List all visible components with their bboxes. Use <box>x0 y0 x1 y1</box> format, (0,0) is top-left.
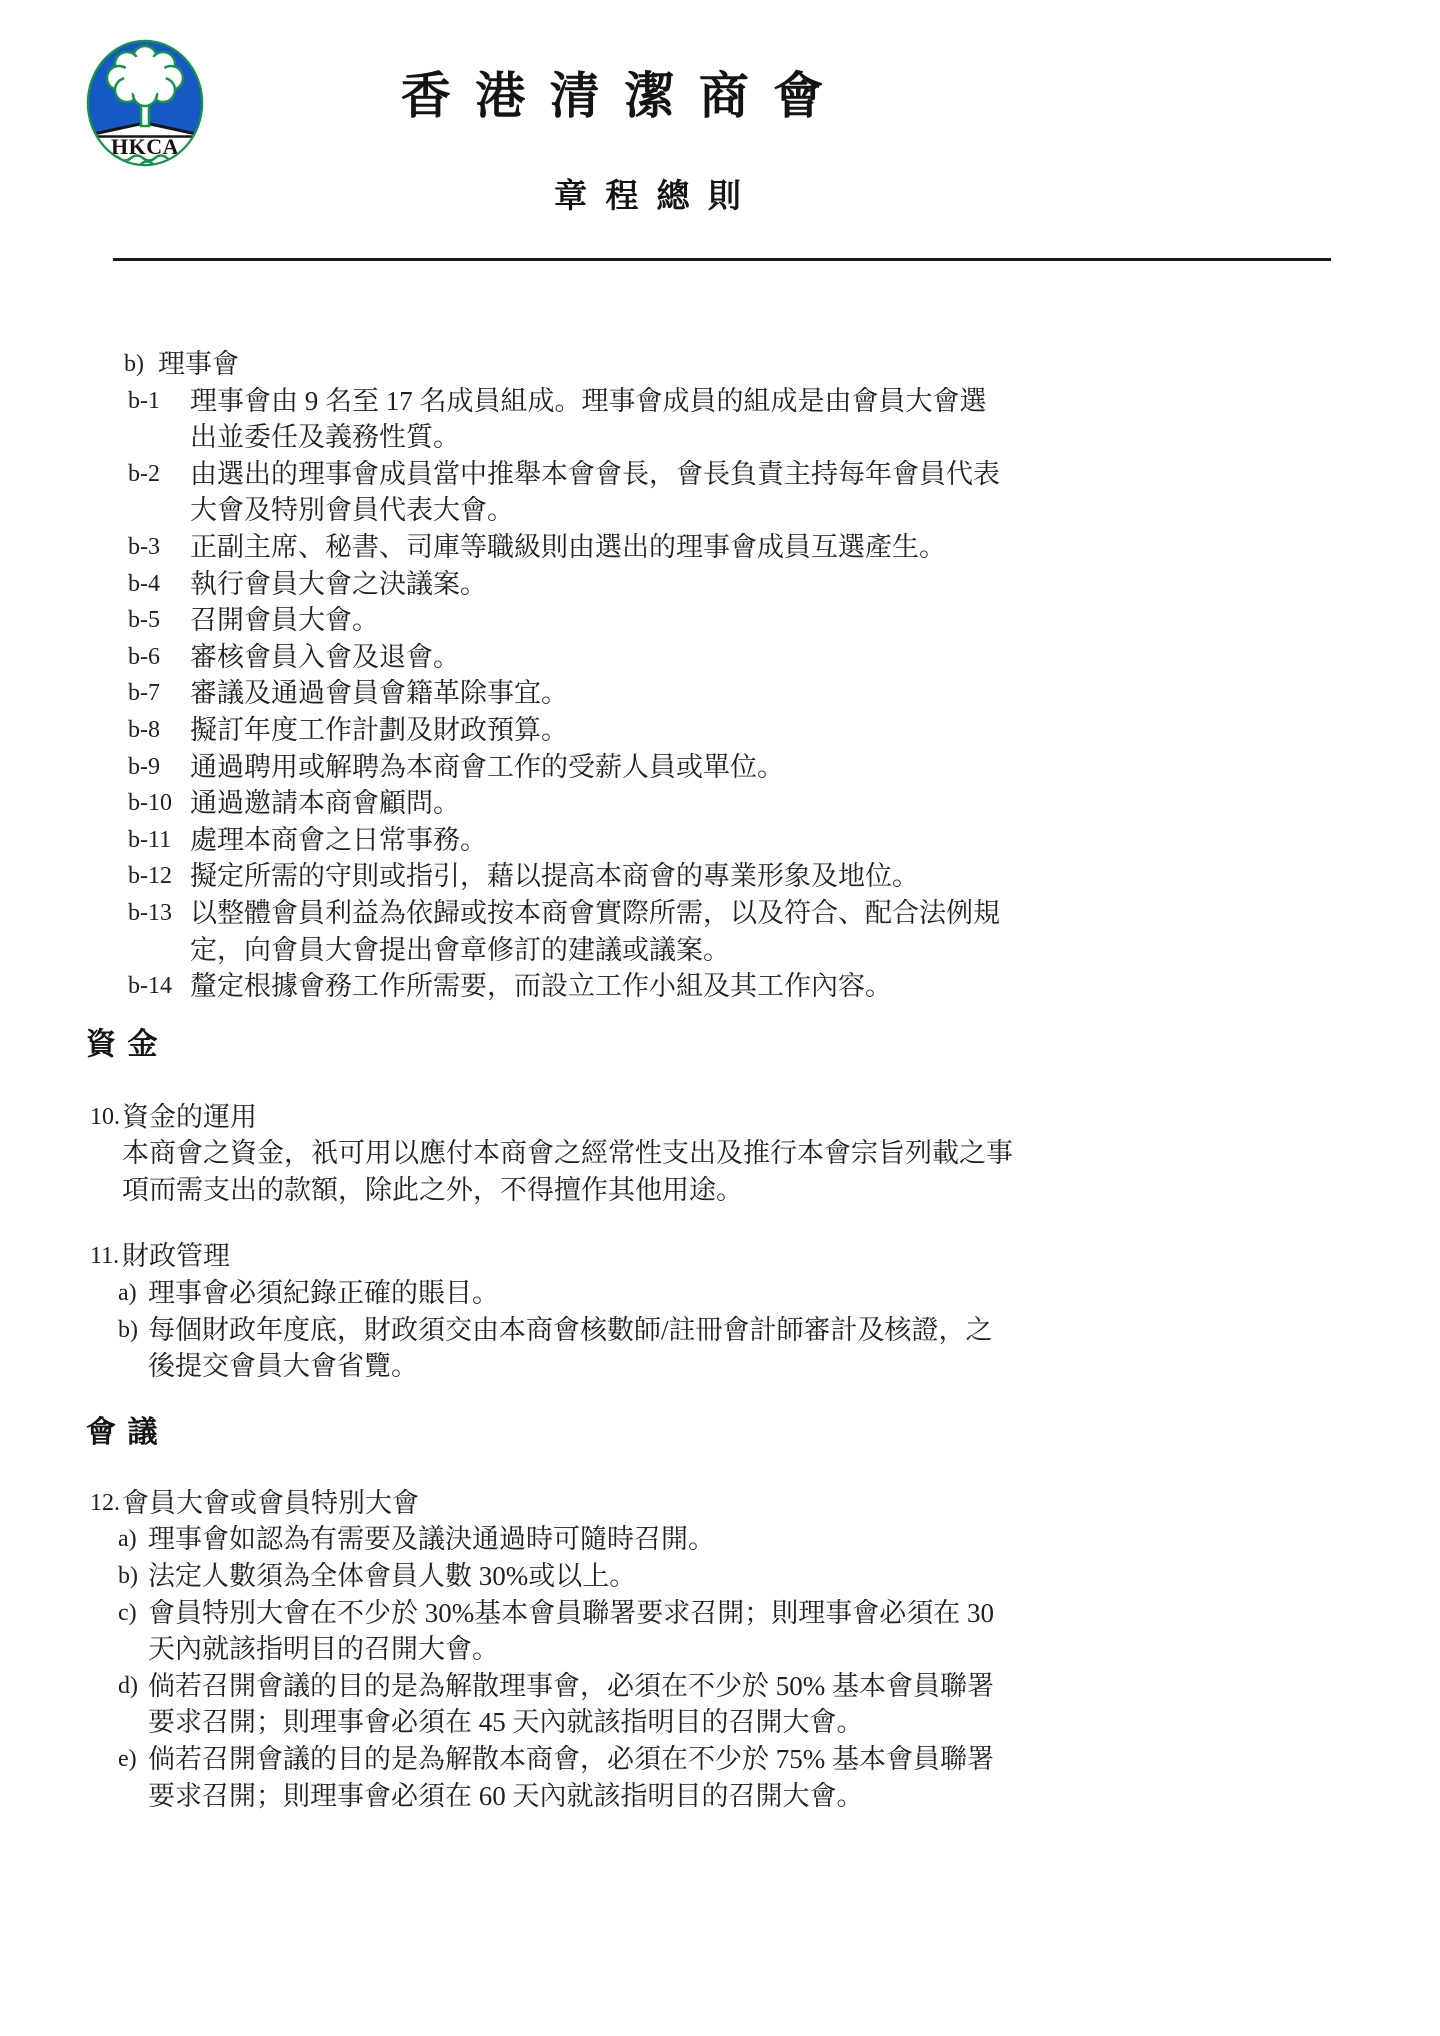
board-item-label: b-5 <box>128 602 188 639</box>
clause-number: 11. <box>90 1238 119 1275</box>
document-page: HKCA 香 港 清 潔 商 會 章 程 總 則 b) 理事會 b-1 理事會由… <box>0 0 1440 2036</box>
board-item-text: 由選出的理事會成員當中推舉本會會長，會長負責主持每年會員代表 大會及特別會員代表… <box>190 459 1000 526</box>
clause-12-subitem: c) 會員特別大會在不少於 30%基本會員聯署要求召開；則理事會必須在 30 天… <box>0 1595 1228 1668</box>
board-item: b-1 理事會由 9 名至 17 名成員組成。理事會成員的組成是由會員大會選 出… <box>0 383 1260 456</box>
subitem-label: c) <box>118 1595 137 1632</box>
board-item: b-7 審議及通過會員會籍革除事宜。 <box>0 675 1260 712</box>
subitem-text: 法定人數須為全体會員人數 30%或以上。 <box>148 1561 636 1591</box>
subitem-label: d) <box>118 1668 138 1705</box>
doc-title: 章 程 總 則 <box>0 170 1300 217</box>
board-item: b-4 執行會員大會之決議案。 <box>0 566 1260 603</box>
board-item: b-14 釐定根據會務工作所需要，而設立工作小組及其工作內容。 <box>0 968 1260 1005</box>
board-item: b-12 擬定所需的守則或指引，藉以提高本商會的專業形象及地位。 <box>0 858 1260 895</box>
board-item-label: b-8 <box>128 712 188 749</box>
board-item-label: b-9 <box>128 749 188 786</box>
board-item-text: 處理本商會之日常事務。 <box>190 825 487 855</box>
board-item-label: b-2 <box>128 456 188 493</box>
board-item: b-2 由選出的理事會成員當中推舉本會會長，會長負責主持每年會員代表 大會及特別… <box>0 456 1260 529</box>
subitem-label: e) <box>118 1741 137 1778</box>
subitem-label: b) <box>118 1558 138 1595</box>
board-item-text: 執行會員大會之決議案。 <box>190 569 487 599</box>
board-item: b-9 通過聘用或解聘為本商會工作的受薪人員或單位。 <box>0 749 1260 786</box>
subitem-text: 理事會如認為有需要及議決通過時可隨時召開。 <box>148 1524 715 1554</box>
board-item-text: 通過聘用或解聘為本商會工作的受薪人員或單位。 <box>190 752 784 782</box>
clause-11-subitem: b) 每個財政年度底，財政須交由本商會核數師/註冊會計師審計及核證，之 後提交會… <box>0 1312 1228 1385</box>
board-item-text: 正副主席、秘書、司庫等職級則由選出的理事會成員互選產生。 <box>190 532 946 562</box>
board-item-text: 擬訂年度工作計劃及財政預算。 <box>190 715 568 745</box>
section-heading-meetings: 會 議 <box>86 1413 1440 1453</box>
clause-number: 12. <box>90 1485 120 1522</box>
subitem-text: 倘若召開會議的目的是為解散本商會，必須在不少於 75% 基本會員聯署 要求召開；… <box>148 1744 994 1811</box>
board-item-label: b-3 <box>128 529 188 566</box>
subitem-label: b) <box>118 1312 138 1349</box>
clause-11: 11. 財政管理 <box>0 1238 1212 1275</box>
board-item: b-5 召開會員大會。 <box>0 602 1260 639</box>
logo-acronym: HKCA <box>111 134 179 159</box>
subitem-label: a) <box>118 1275 137 1312</box>
subitem-label: a) <box>118 1521 137 1558</box>
clause-12-subitem: d) 倘若召開會議的目的是為解散理事會，必須在不少於 50% 基本會員聯署 要求… <box>0 1668 1228 1741</box>
board-item: b-6 審核會員入會及退會。 <box>0 639 1260 676</box>
board-intro: b) 理事會 <box>0 346 1440 383</box>
board-item-text: 通過邀請本商會顧問。 <box>190 788 460 818</box>
board-intro-label: b) <box>124 346 144 383</box>
header-rule <box>113 258 1331 261</box>
board-item-text: 以整體會員利益為依歸或按本商會實際所需，以及符合、配合法例規 定，向會員大會提出… <box>190 898 1000 965</box>
clause-12-subitem: e) 倘若召開會議的目的是為解散本商會，必須在不少於 75% 基本會員聯署 要求… <box>0 1741 1228 1814</box>
clause-title: 會員大會或會員特別大會 <box>122 1485 1212 1522</box>
board-item-text: 召開會員大會。 <box>190 605 379 635</box>
board-item: b-13 以整體會員利益為依歸或按本商會實際所需，以及符合、配合法例規 定，向會… <box>0 895 1260 968</box>
board-item-text: 審議及通過會員會籍革除事宜。 <box>190 678 568 708</box>
org-name: 香 港 清 潔 商 會 <box>0 56 1230 128</box>
subitem-text: 每個財政年度底，財政須交由本商會核數師/註冊會計師審計及核證，之 後提交會員大會… <box>148 1315 993 1382</box>
board-item-label: b-10 <box>128 785 188 822</box>
clause-12: 12. 會員大會或會員特別大會 <box>0 1485 1212 1522</box>
clause-10-body: 本商會之資金，祇可用以應付本商會之經常性支出及推行本會宗旨列載之事 項而需支出的… <box>122 1135 1212 1208</box>
clause-title: 資金的運用 <box>122 1099 1212 1136</box>
board-item-text: 審核會員入會及退會。 <box>190 642 460 672</box>
board-item-text: 擬定所需的守則或指引，藉以提高本商會的專業形象及地位。 <box>190 861 919 891</box>
clause-11-subitem: a) 理事會必須紀錄正確的賬目。 <box>0 1275 1228 1312</box>
clause-10: 10. 資金的運用 本商會之資金，祇可用以應付本商會之經常性支出及推行本會宗旨列… <box>0 1099 1212 1209</box>
clause-number: 10. <box>90 1099 120 1136</box>
clause-12-subitem: a) 理事會如認為有需要及議決通過時可隨時召開。 <box>0 1521 1228 1558</box>
clause-title: 財政管理 <box>122 1238 1212 1275</box>
board-item: b-11 處理本商會之日常事務。 <box>0 822 1260 859</box>
board-item: b-3 正副主席、秘書、司庫等職級則由選出的理事會成員互選產生。 <box>0 529 1260 566</box>
clause-12-subitem: b) 法定人數須為全体會員人數 30%或以上。 <box>0 1558 1228 1595</box>
board-intro-title: 理事會 <box>158 349 239 379</box>
board-item-label: b-11 <box>128 822 188 859</box>
subitem-text: 倘若召開會議的目的是為解散理事會，必須在不少於 50% 基本會員聯署 要求召開；… <box>148 1671 994 1738</box>
board-item-label: b-6 <box>128 639 188 676</box>
board-item: b-10 通過邀請本商會顧問。 <box>0 785 1260 822</box>
board-item-label: b-1 <box>128 383 188 420</box>
doc-body: b) 理事會 b-1 理事會由 9 名至 17 名成員組成。理事會成員的組成是由… <box>0 346 1440 1814</box>
board-item-text: 理事會由 9 名至 17 名成員組成。理事會成員的組成是由會員大會選 出並委任及… <box>190 386 987 453</box>
board-item: b-8 擬訂年度工作計劃及財政預算。 <box>0 712 1260 749</box>
board-item-label: b-14 <box>128 968 188 1005</box>
board-item-label: b-4 <box>128 566 188 603</box>
board-item-text: 釐定根據會務工作所需要，而設立工作小組及其工作內容。 <box>190 971 892 1001</box>
board-item-label: b-7 <box>128 675 188 712</box>
board-item-label: b-13 <box>128 895 188 932</box>
subitem-text: 會員特別大會在不少於 30%基本會員聯署要求召開；則理事會必須在 30 天內就該… <box>148 1598 994 1665</box>
board-item-label: b-12 <box>128 858 188 895</box>
section-heading-funds: 資 金 <box>86 1025 1440 1065</box>
subitem-text: 理事會必須紀錄正確的賬目。 <box>148 1278 499 1308</box>
